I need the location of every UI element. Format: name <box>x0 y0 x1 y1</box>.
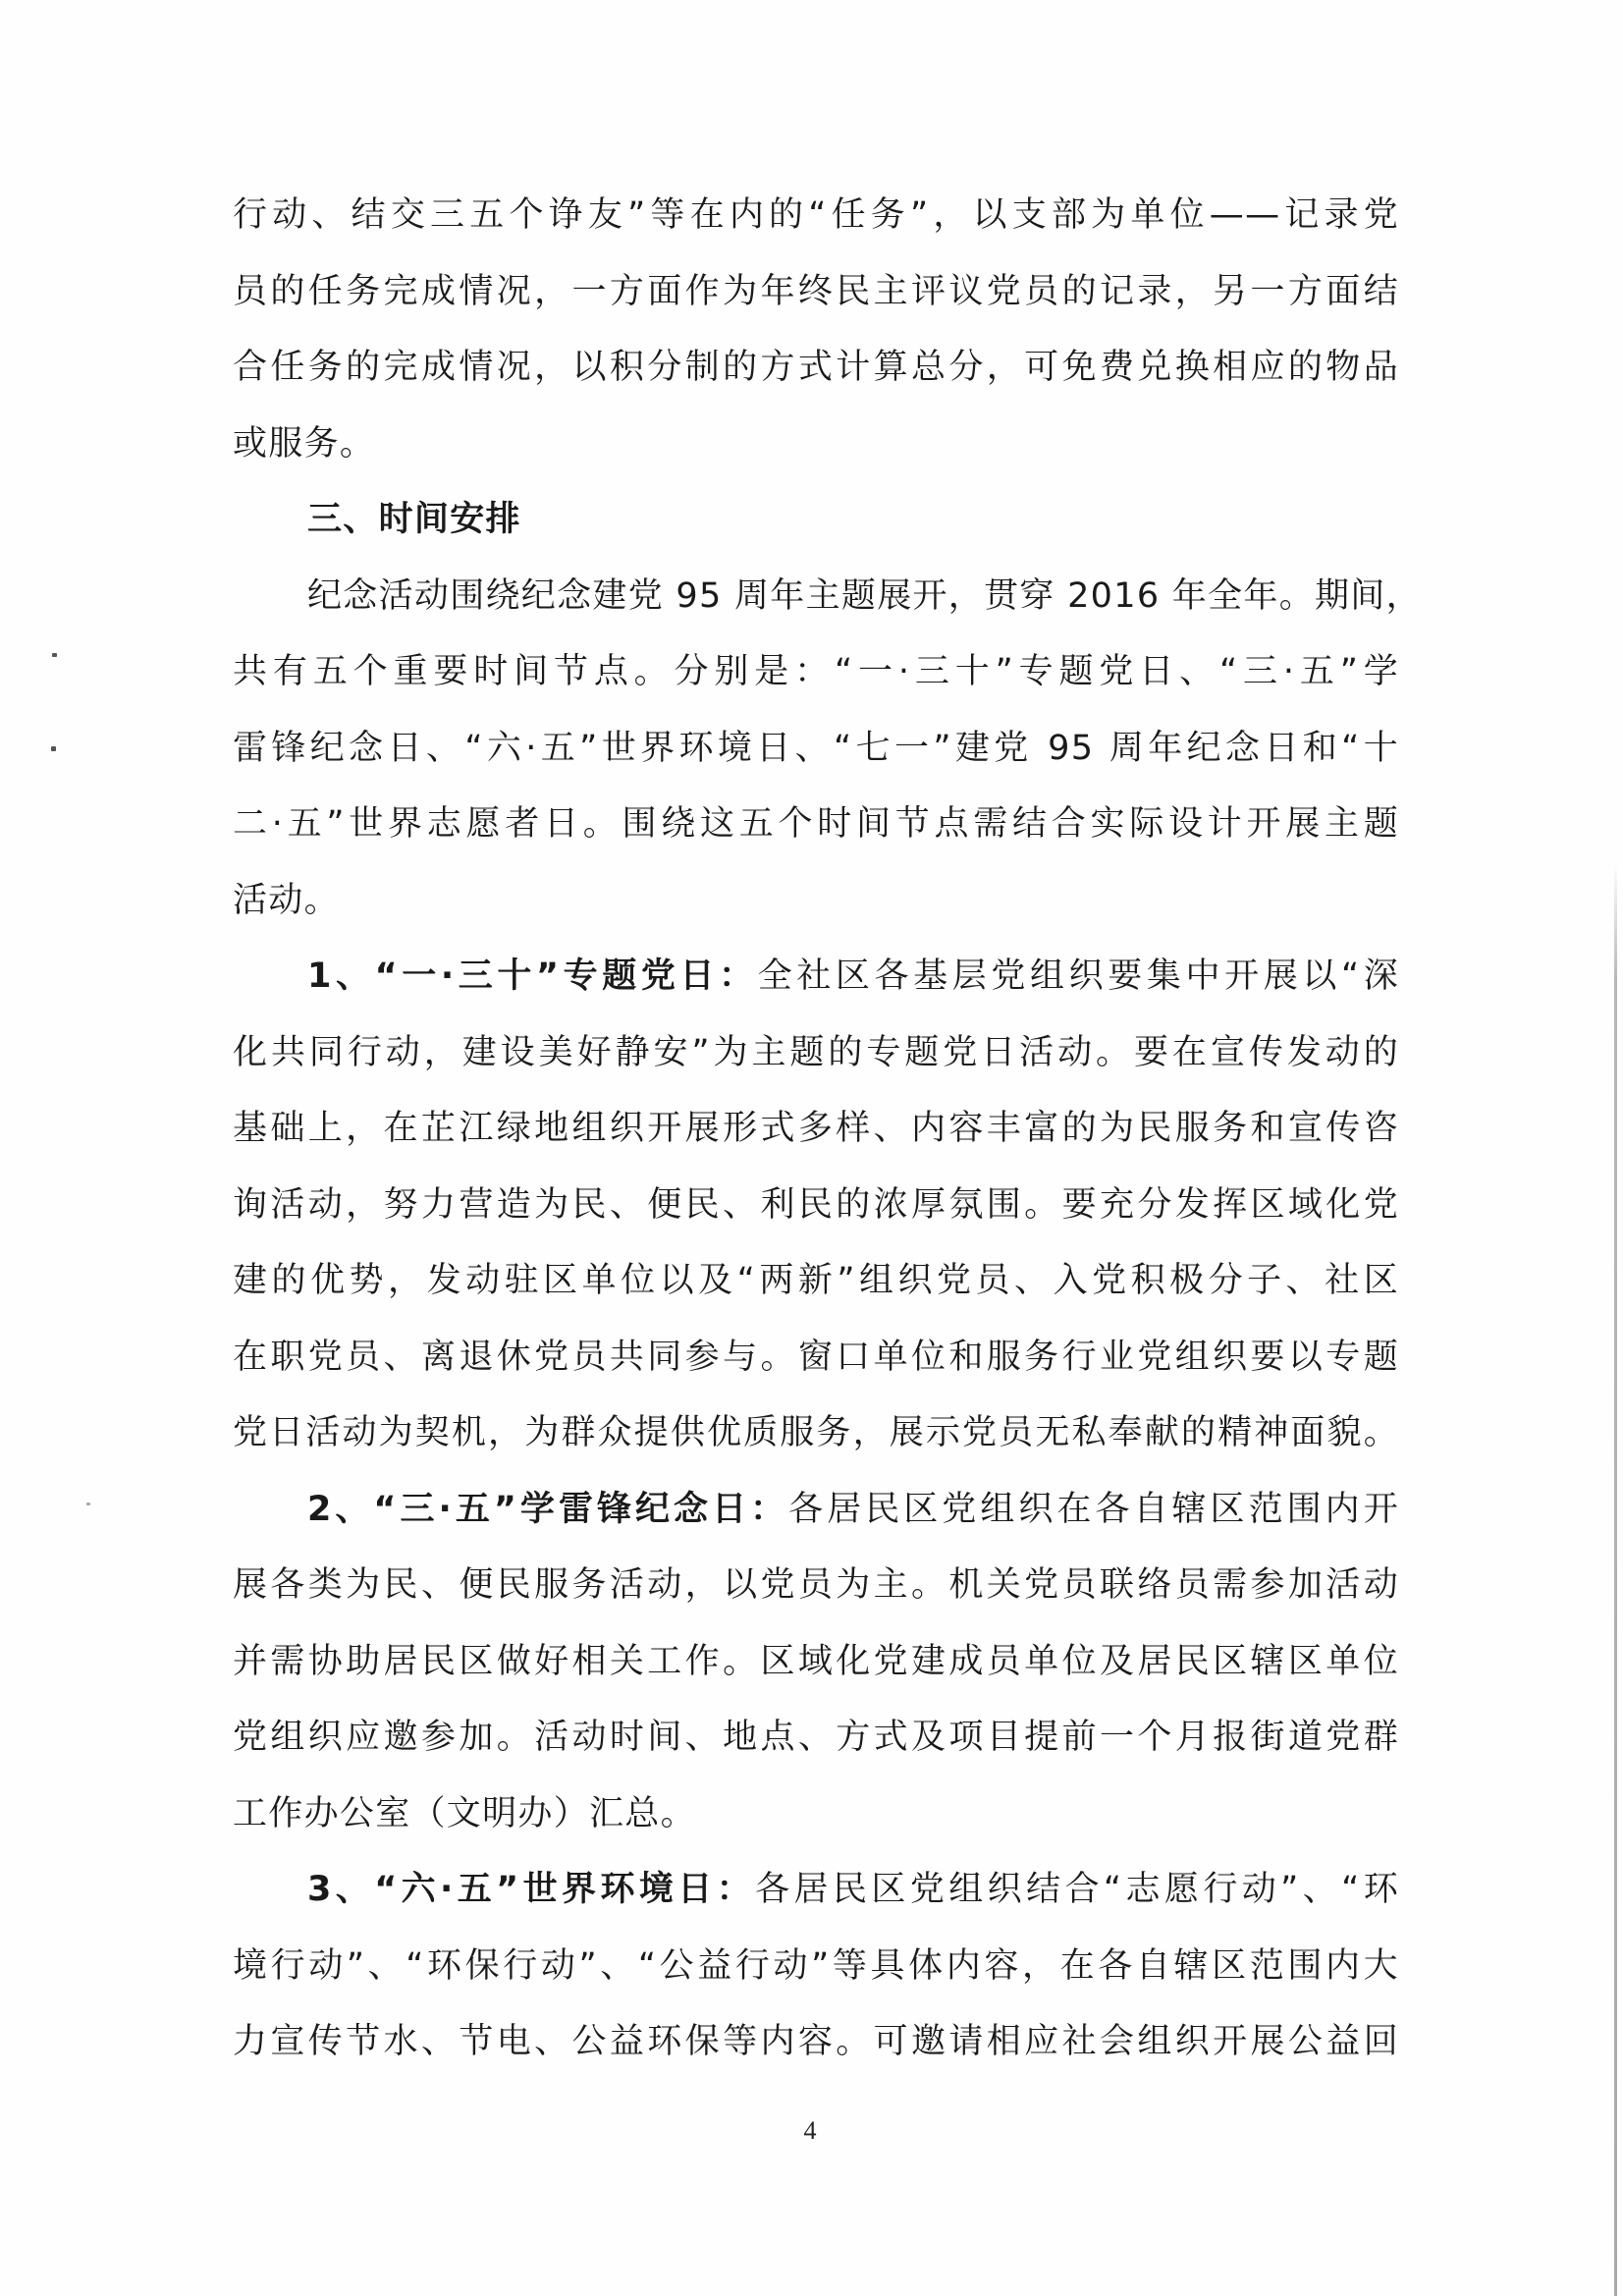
item-3-line: 力宣传节水、节电、公益环保等内容。可邀请相应社会组织开展公益回 <box>233 2004 1399 2081</box>
paragraph-line: 行动、结交三五个诤友”等在内的“任务”，以支部为单位——记录党 <box>233 178 1399 254</box>
item-1-lead: 1、“一·三十”专题党日： <box>307 957 758 996</box>
scan-edge-line <box>1614 864 1617 2296</box>
item-1-line: 党日活动为契机，为群众提供优质服务，展示党员无私奉献的精神面貌。 <box>233 1395 1399 1472</box>
item-2-line: 工作办公室（文明办）汇总。 <box>233 1777 1399 1853</box>
item-1-first-line: 1、“一·三十”专题党日：全社区各基层党组织要集中开展以“深 <box>233 939 1399 1015</box>
item-1-line: 化共同行动，建设美好静安”为主题的专题党日活动。要在宣传发动的 <box>233 1015 1399 1092</box>
body-text: 行动、结交三五个诤友”等在内的“任务”，以支部为单位——记录党 员的任务完成情况… <box>233 178 1399 2081</box>
item-3-text: 各居民区党组织结合“志愿行动”、“环 <box>755 1870 1399 1909</box>
paragraph-line: 合任务的完成情况，以积分制的方式计算总分，可免费兑换相应的物品 <box>233 330 1399 407</box>
item-3-lead: 3、“六·五”世界环境日： <box>307 1870 755 1909</box>
item-1-line: 建的优势，发动驻区单位以及“两新”组织党员、入党积极分子、社区 <box>233 1243 1399 1320</box>
intro-line: 活动。 <box>233 863 1399 940</box>
intro-line: 雷锋纪念日、“六·五”世界环境日、“七一”建党 95 周年纪念日和“十 <box>233 711 1399 788</box>
document-page: 行动、结交三五个诤友”等在内的“任务”，以支部为单位——记录党 员的任务完成情况… <box>0 0 1623 2296</box>
paragraph-line: 或服务。 <box>233 407 1399 483</box>
item-2-line: 党组织应邀参加。活动时间、地点、方式及项目提前一个月报街道党群 <box>233 1700 1399 1777</box>
page-number: 4 <box>795 2116 825 2146</box>
item-2-line: 展各类为民、便民服务活动，以党员为主。机关党员联络员需参加活动 <box>233 1548 1399 1624</box>
scan-speck <box>51 746 56 751</box>
item-2-text: 各居民区党组织在各自辖区范围内开 <box>788 1490 1399 1529</box>
section-heading: 三、时间安排 <box>233 482 1399 559</box>
intro-line: 共有五个重要时间节点。分别是：“一·三十”专题党日、“三·五”学 <box>233 634 1399 711</box>
item-1-line: 在职党员、离退休党员共同参与。窗口单位和服务行业党组织要以专题 <box>233 1320 1399 1396</box>
paragraph-line: 员的任务完成情况，一方面作为年终民主评议党员的记录，另一方面结 <box>233 254 1399 331</box>
scan-speck <box>86 1503 90 1505</box>
intro-line: 纪念活动围绕纪念建党 95 周年主题展开，贯穿 2016 年全年。期间， <box>233 559 1399 635</box>
item-1-text: 全社区各基层党组织要集中开展以“深 <box>758 957 1399 996</box>
item-3-first-line: 3、“六·五”世界环境日：各居民区党组织结合“志愿行动”、“环 <box>233 1852 1399 1929</box>
item-2-line: 并需协助居民区做好相关工作。区域化党建成员单位及居民区辖区单位 <box>233 1624 1399 1701</box>
scan-speck <box>52 653 57 657</box>
intro-line: 二·五”世界志愿者日。围绕这五个时间节点需结合实际设计开展主题 <box>233 787 1399 863</box>
item-1-line: 询活动，努力营造为民、便民、利民的浓厚氛围。要充分发挥区域化党 <box>233 1168 1399 1244</box>
item-2-first-line: 2、“三·五”学雷锋纪念日：各居民区党组织在各自辖区范围内开 <box>233 1472 1399 1549</box>
item-1-line: 基础上，在芷江绿地组织开展形式多样、内容丰富的为民服务和宣传咨 <box>233 1091 1399 1168</box>
item-3-line: 境行动”、“环保行动”、“公益行动”等具体内容，在各自辖区范围内大 <box>233 1929 1399 2005</box>
item-2-lead: 2、“三·五”学雷锋纪念日： <box>307 1490 788 1529</box>
